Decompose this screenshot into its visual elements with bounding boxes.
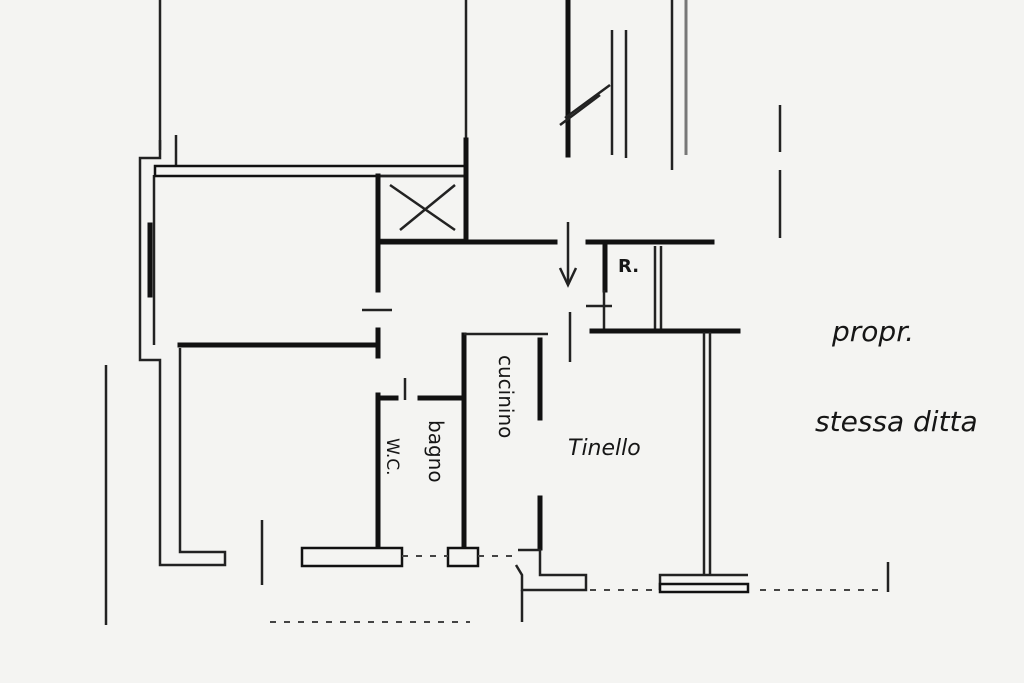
room-label-tinello: Tinello <box>568 436 641 461</box>
room-label-wc: W.C. <box>382 438 402 476</box>
top-wall <box>155 166 467 176</box>
shaft-with-cross <box>378 140 466 240</box>
room-label-bagno: bagno <box>424 420 448 483</box>
owner-annotation-line1: propr. <box>832 315 914 348</box>
upper-structure-lines <box>160 0 780 238</box>
left-exterior-wall <box>140 135 225 565</box>
entry-arrow-icon <box>560 222 576 285</box>
interior-walls <box>180 176 738 575</box>
room-label-ripostiglio: R. <box>618 256 639 277</box>
owner-annotation-line2: stessa ditta <box>815 405 978 438</box>
room-label-cucinino: cucinino <box>494 355 518 438</box>
